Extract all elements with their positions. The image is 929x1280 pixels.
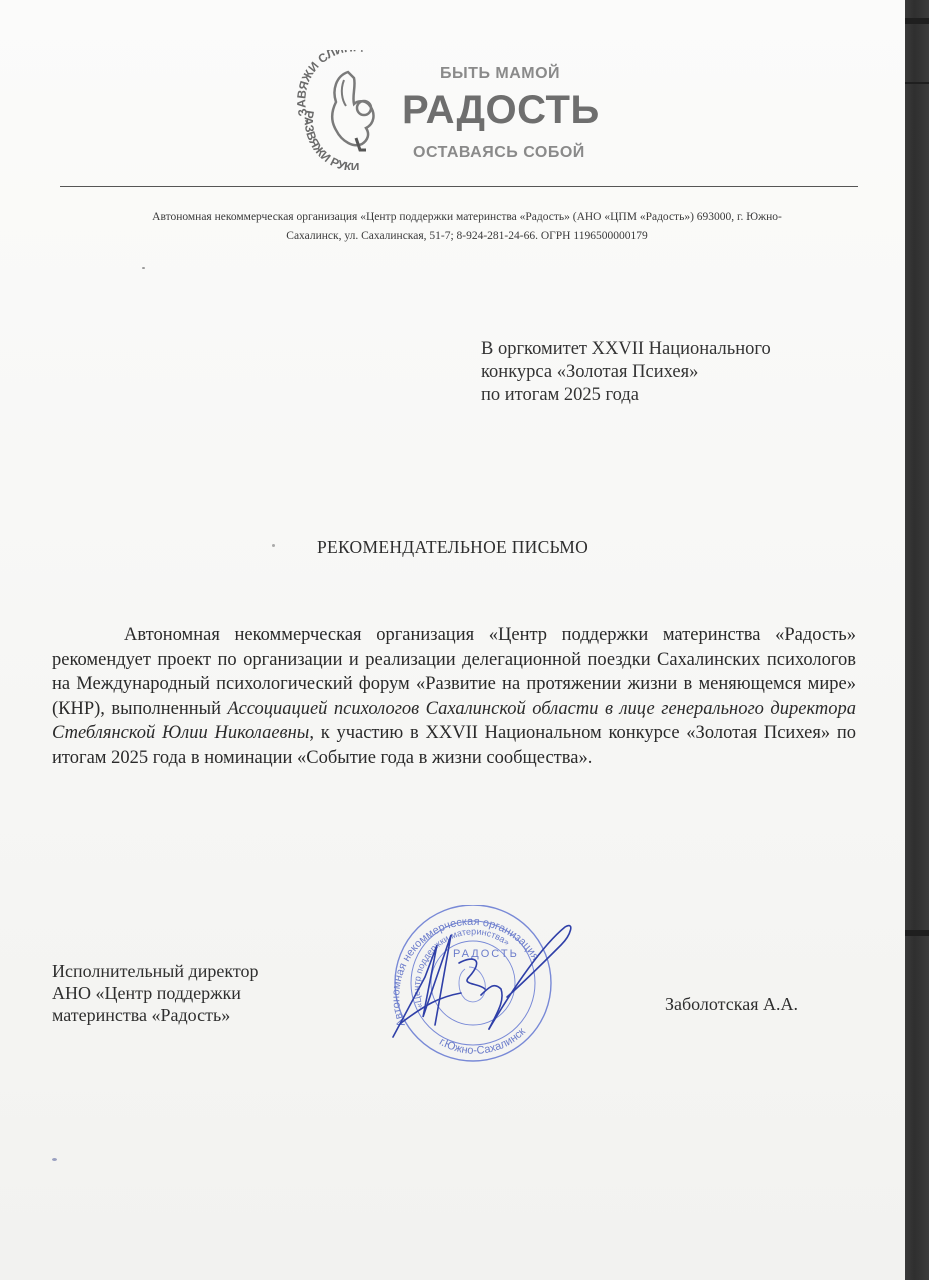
letter-body: Автономная некоммерческая организация «Ц…	[52, 623, 856, 771]
signatory-position: Исполнительный директор АНО «Центр подде…	[52, 960, 258, 1026]
position-line-3: материнства «Радость»	[52, 1004, 258, 1026]
scan-edge-shadow	[905, 0, 929, 1280]
addressee-line-3: по итогам 2025 года	[481, 384, 771, 407]
document-title: РЕКОМЕНДАТЕЛЬНОЕ ПИСЬМО	[0, 537, 905, 558]
organization-logo: - ЗАВЯЖИ СЛИНГ! РАЗВЯЖИ РУКИ БЫТЬ МАМОЙ …	[296, 50, 616, 175]
edge-mark	[905, 18, 929, 24]
svg-text:РАДОСТЬ: РАДОСТЬ	[453, 948, 519, 960]
position-line-2: АНО «Центр поддержки	[52, 982, 258, 1004]
logo-tagline-top: БЫТЬ МАМОЙ	[440, 65, 560, 83]
org-info-line-2: Сахалинск, ул. Сахалинская, 51-7; 8-924-…	[72, 227, 862, 246]
addressee-line-1: В оргкомитет XXVII Национального	[481, 338, 771, 361]
addressee-block: В оргкомитет XXVII Национального конкурс…	[481, 338, 771, 407]
edge-mark	[905, 930, 929, 936]
svg-text:РАЗВЯЖИ РУКИ: РАЗВЯЖИ РУКИ	[302, 109, 360, 170]
official-stamp-with-signature: Автономная некоммерческая организация «Ц…	[365, 905, 585, 1065]
logo-brand-name: РАДОСТЬ	[402, 88, 600, 133]
organization-details: Автономная некоммерческая организация «Ц…	[72, 208, 862, 246]
logo-tagline-bottom: ОСТАВАЯСЬ СОБОЙ	[413, 144, 585, 162]
mother-with-baby-icon: - ЗАВЯЖИ СЛИНГ! РАЗВЯЖИ РУКИ	[296, 50, 416, 170]
header-divider	[60, 186, 858, 187]
scan-speck	[142, 267, 145, 269]
edge-mark	[905, 82, 929, 84]
position-line-1: Исполнительный директор	[52, 960, 258, 982]
scan-speck	[52, 1158, 57, 1161]
org-info-line-1: Автономная некоммерческая организация «Ц…	[72, 208, 862, 227]
letter-page: - ЗАВЯЖИ СЛИНГ! РАЗВЯЖИ РУКИ БЫТЬ МАМОЙ …	[0, 0, 905, 1280]
signatory-name: Заболотская А.А.	[665, 994, 798, 1015]
addressee-line-2: конкурса «Золотая Психея»	[481, 361, 771, 384]
scan-speck	[272, 544, 275, 547]
svg-text:г.Южно-Сахалинск: г.Южно-Сахалинск	[437, 1026, 528, 1057]
